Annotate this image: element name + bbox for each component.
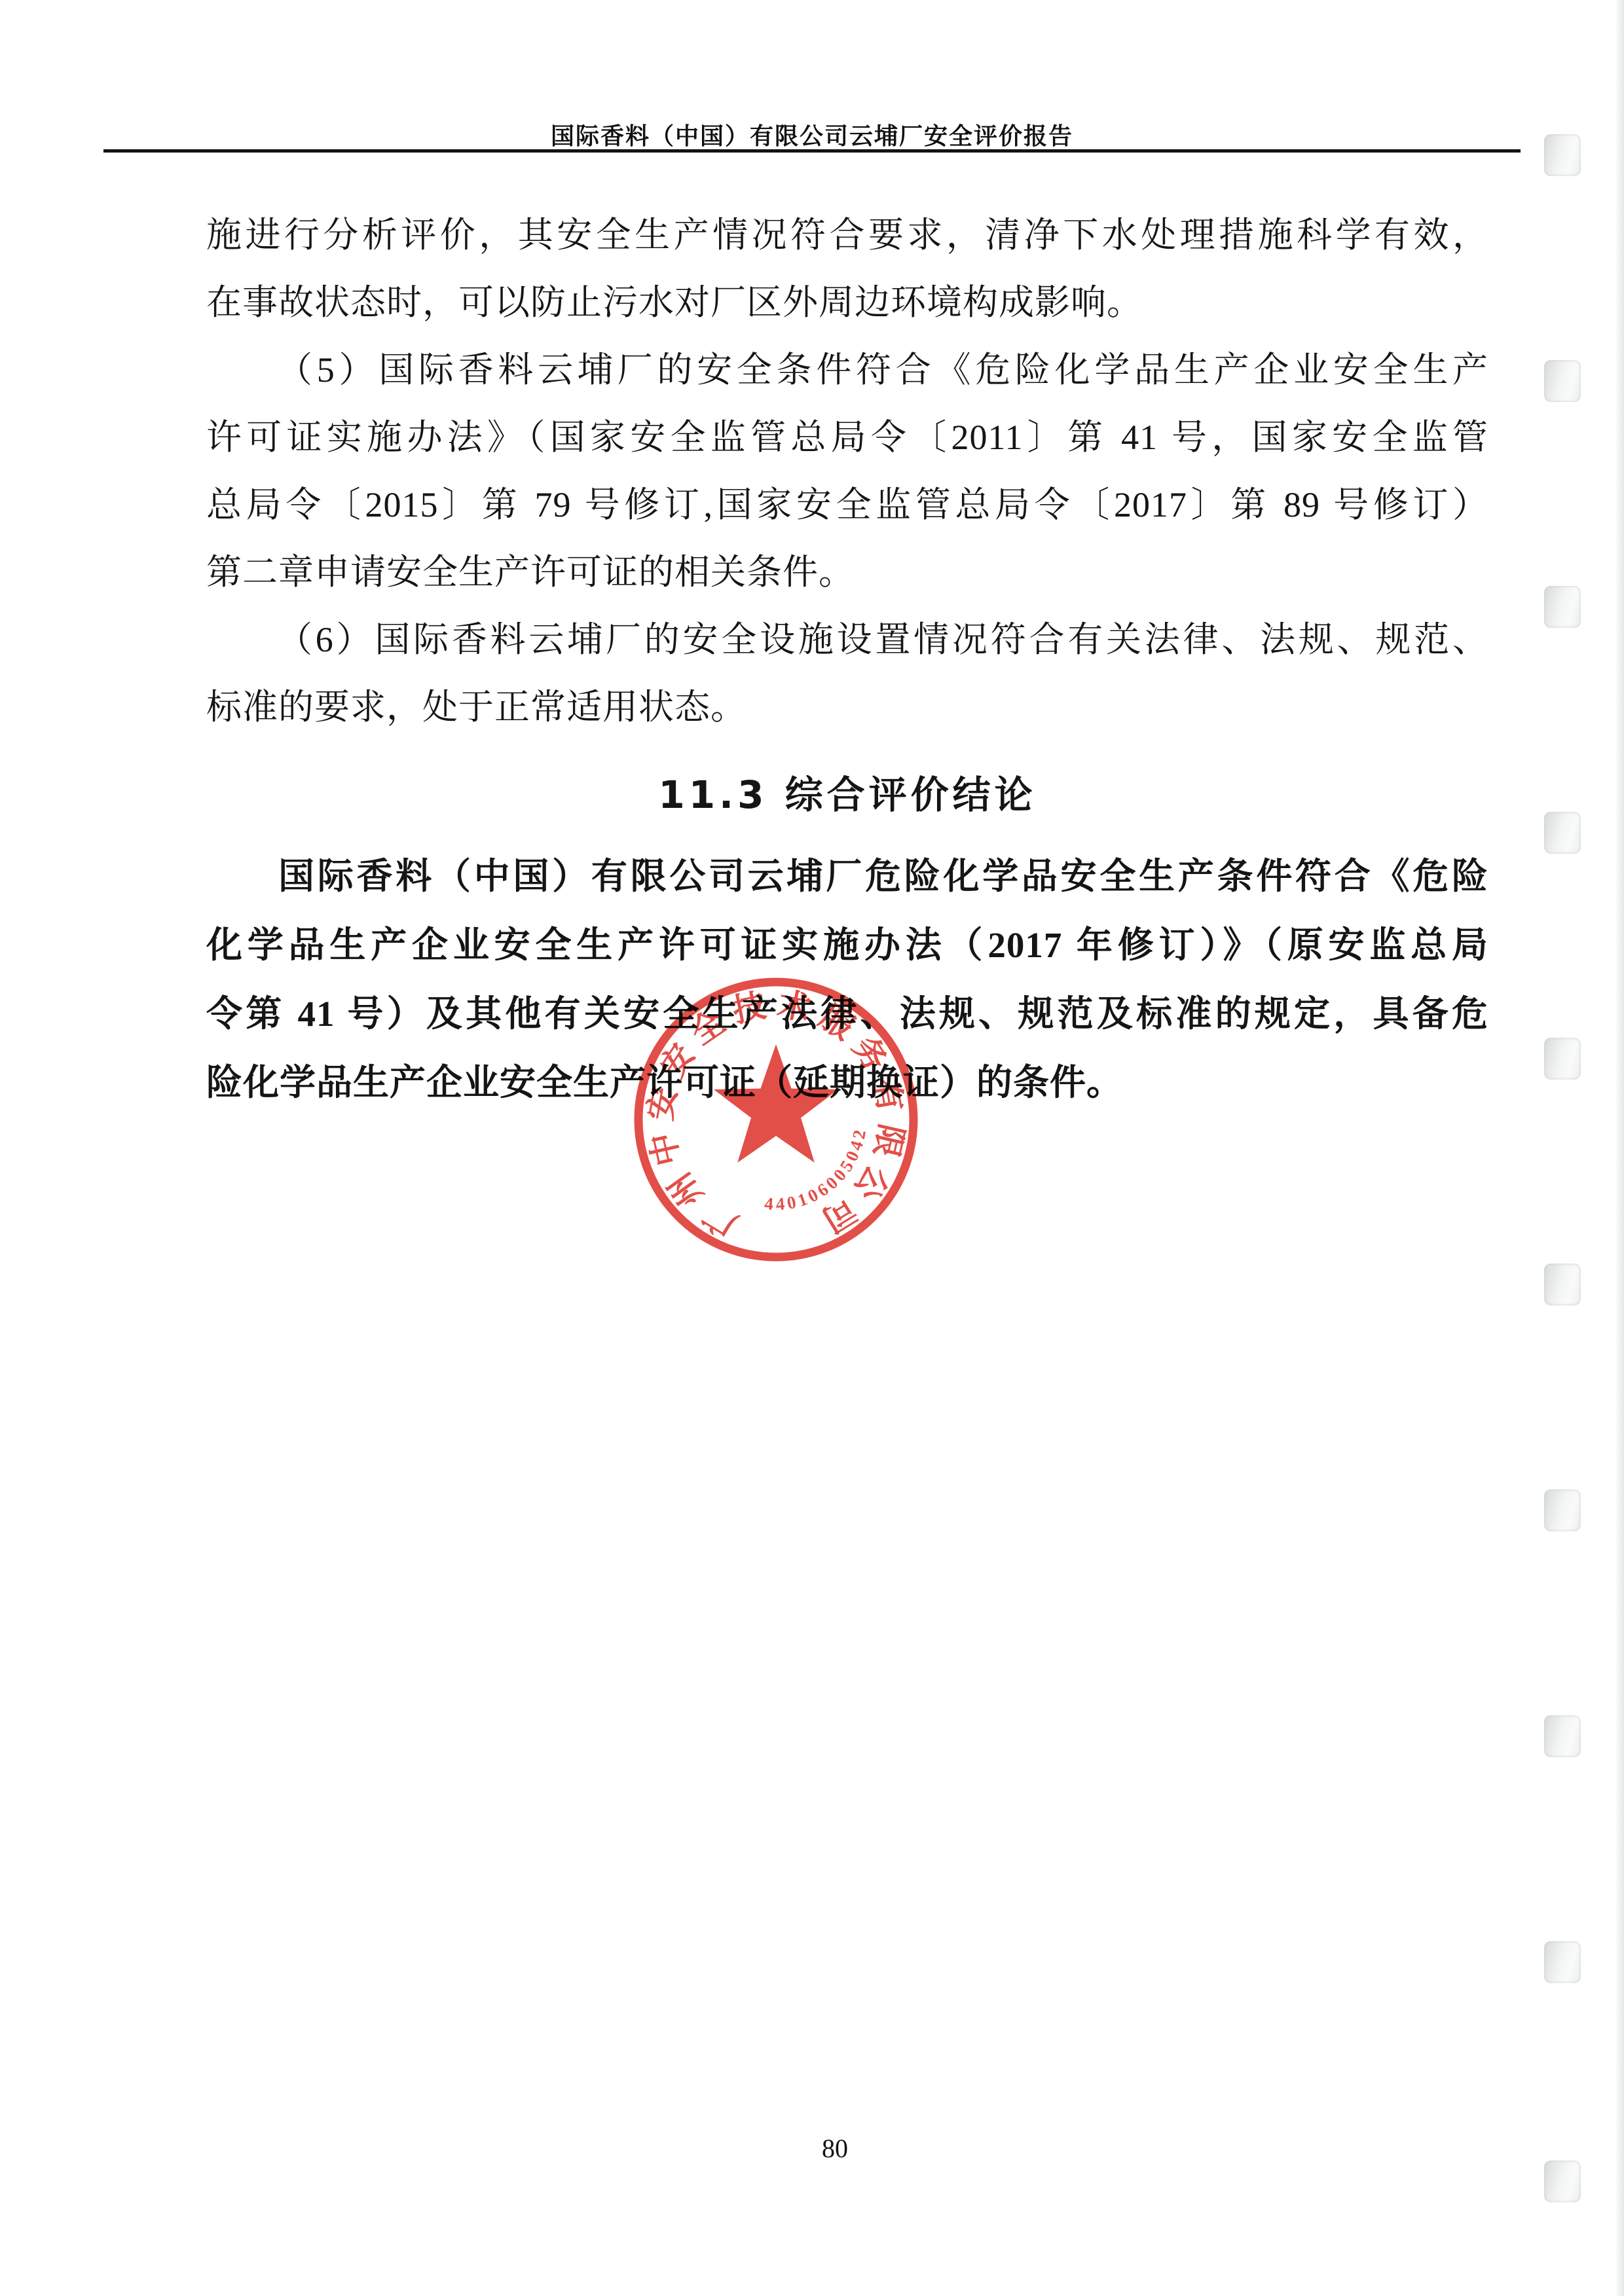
text-line: （6）国际香料云埔厂的安全设施设置情况符合有关法律、法规、规范、 — [206, 606, 1488, 674]
text-line: （5）国际香料云埔厂的安全条件符合《危险化学品生产企业安全生产 — [206, 337, 1488, 404]
page-number: 80 — [773, 2133, 897, 2164]
conclusion-paragraph: 国际香料（中国）有限公司云埔厂危险化学品安全生产条件符合《危险化学品生产企业安全… — [206, 842, 1488, 1117]
section-heading: 11.3 综合评价结论 — [206, 771, 1488, 818]
header-rule — [103, 149, 1521, 153]
binding-hole — [1544, 812, 1581, 854]
document-body: 施进行分析评价，其安全生产情况符合要求，清净下水处理措施科学有效，在事故状态时，… — [206, 202, 1488, 1117]
text-line: 第二章申请安全生产许可证的相关条件。 — [206, 539, 1488, 606]
binding-hole — [1544, 1941, 1581, 1983]
binding-hole — [1544, 2160, 1581, 2202]
binding-hole — [1544, 1489, 1581, 1531]
text-line: 标准的要求，处于正常适用状态。 — [206, 674, 1488, 741]
binding-hole — [1544, 586, 1581, 628]
text-line: 总局令〔2015〕第 79 号修订,国家安全监管总局令〔2017〕第 89 号修… — [206, 471, 1488, 539]
binding-hole — [1544, 1264, 1581, 1305]
header-title: 国际香料（中国）有限公司云埔厂安全评价报告 — [0, 118, 1624, 151]
scan-edge-shadow — [1615, 0, 1624, 2296]
seal-code-text: 440106005042 — [764, 1125, 870, 1214]
text-line: 国际香料（中国）有限公司云埔厂危险化学品安全生产条件符合《危险 — [206, 842, 1488, 911]
text-line: 令第 41 号）及其他有关安全生产法律、法规、规范及标准的规定，具备危 — [206, 979, 1488, 1048]
text-line: 施进行分析评价，其安全生产情况符合要求，清净下水处理措施科学有效， — [206, 202, 1488, 269]
text-line: 险化学品生产企业安全生产许可证（延期换证）的条件。 — [206, 1048, 1488, 1117]
binding-hole — [1544, 1715, 1581, 1757]
binding-hole — [1544, 360, 1581, 402]
text-line: 在事故状态时，可以防止污水对厂区外周边环境构成影响。 — [206, 269, 1488, 337]
text-line: 化学品生产企业安全生产许可证实施办法（2017 年修订）》（原安监总局 — [206, 911, 1488, 979]
intro-paragraphs: 施进行分析评价，其安全生产情况符合要求，清净下水处理措施科学有效，在事故状态时，… — [206, 202, 1488, 741]
text-line: 许可证实施办法》（国家安全监管总局令〔2011〕第 41 号，国家安全监管 — [206, 404, 1488, 471]
binding-hole — [1544, 1038, 1581, 1080]
document-page: 国际香料（中国）有限公司云埔厂安全评价报告 施进行分析评价，其安全生产情况符合要… — [0, 0, 1624, 2296]
